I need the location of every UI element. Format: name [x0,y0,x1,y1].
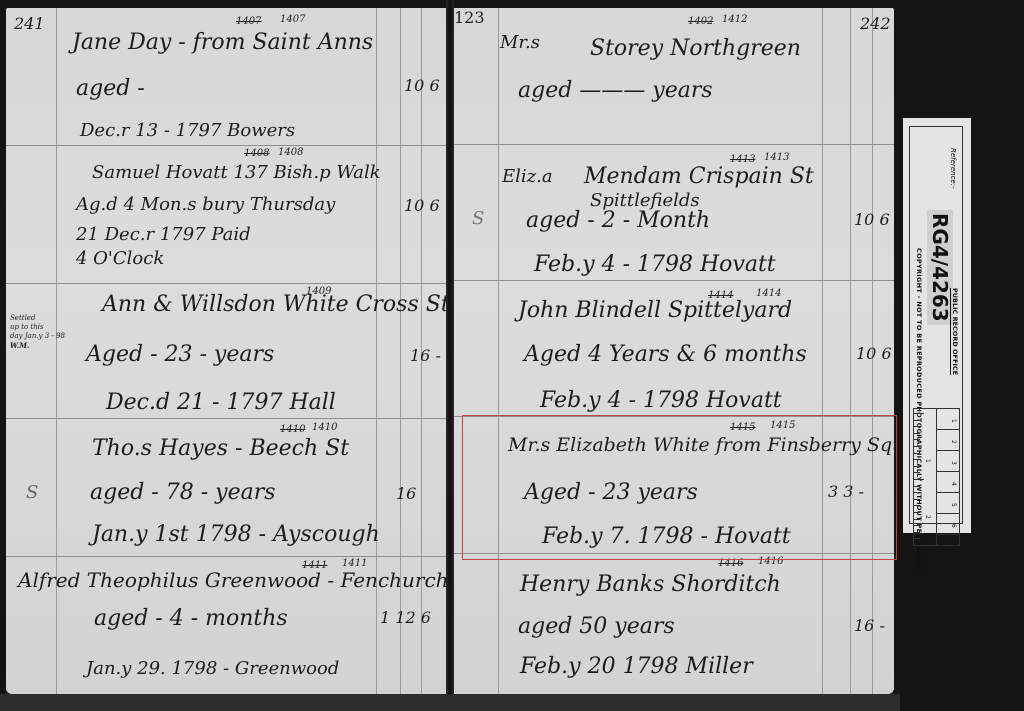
entry-divider [454,416,894,417]
entry-name: Storey Northgreen [590,36,801,61]
entry-title: Eliz.a [502,166,553,187]
reference-number: RG4/4263 [927,210,953,325]
entry-date: Feb.y 4 - 1798 Hovatt [534,252,776,277]
entry-name: Henry Banks Shorditch [520,572,781,597]
entry-number: 1410 [312,422,337,433]
entry-date: Jan.y 29. 1798 - Greenwood [86,658,339,679]
book-gutter [446,0,454,711]
entry-age: aged - 4 - months [94,606,288,631]
entry-note: 4 O'Clock [76,248,164,269]
entry-fee: 16 - [410,346,441,365]
entry-fee: 16 [396,484,416,503]
entry-divider [454,280,894,281]
reference-label: Reference:- [949,148,957,189]
entry-name: Samuel Hovatt 137 Bish.p Walk [92,162,381,183]
entry-date: Dec.d 21 - 1797 Hall [106,390,336,415]
entry-date: Feb.y 7. 1798 - Hovatt [542,524,791,549]
entry-divider [6,556,446,557]
entry-fee: 16 - [854,616,885,635]
entry-number: 1408 [278,147,303,158]
entry-fee: 10 6 [854,210,890,229]
entry-divider [6,418,446,419]
margin-note: Settled up to this day Jan.y 3 - 98 W.M. [10,314,65,350]
entry-divider [454,553,894,554]
right-page: 242 123 1402 1412 Mr.s Storey Northgreen… [454,8,894,694]
entry-name: Mendam Crispain St [584,164,814,189]
entry-age: Ag.d 4 Mon.s bury Thursday [76,194,335,215]
entry-name: Jane Day - from Saint Anns [72,30,373,55]
entry-fee: 1 12 6 [380,608,431,627]
margin-rule [498,8,499,694]
entry-number: 1407 [280,14,305,25]
entry-age: aged ——— years [518,78,713,103]
left-page: 241 1407 1407 Jane Day - from Saint Anns… [6,8,446,694]
folio-number: 241 [14,14,45,33]
entry-number-struck: 1408 [244,148,269,159]
entry-fee: 10 6 [404,196,440,215]
entry-date: Feb.y 20 1798 Miller [520,654,753,679]
column-rule [822,8,823,694]
book-edge-shadow [0,694,900,711]
margin-note: S [472,208,484,229]
entry-age: aged - [76,76,145,101]
entry-name: Mr.s Elizabeth White from Finsberry Squa… [508,434,894,456]
entry-age: aged - 2 - Month [526,208,710,233]
entry-name: John Blindell Spittelyard [518,298,792,323]
entry-age: aged - 78 - years [90,480,276,505]
entry-age: Aged 4 Years & 6 months [524,342,807,367]
entry-number-struck: 1402 [688,16,713,27]
record-office-label: PUBLIC RECORD OFFICE [951,288,959,375]
reference-slip: Reference:- RG4/4263 COPYRIGHT - NOT TO … [903,118,971,533]
entry-date: Feb.y 4 - 1798 Hovatt [540,388,782,413]
entry-date: 21 Dec.r 1797 Paid [76,224,251,245]
entry-fee: 3 3 - [828,482,864,501]
entry-number-struck: 1415 [730,422,755,433]
stamp-number: 123 [454,8,485,27]
margin-note: S [26,482,38,503]
entry-name: Alfred Theophilus Greenwood - Fenchurch … [18,568,446,592]
entry-number-struck: 1416 [718,558,743,569]
entry-age: Aged - 23 - years [86,342,274,367]
folio-number: 242 [860,14,891,33]
measurement-scale: 12123456 [913,408,960,546]
entry-number: 1412 [722,14,747,25]
entry-number-struck: 1407 [236,16,261,27]
entry-age: Aged - 23 years [524,480,698,505]
entry-date: Jan.y 1st 1798 - Ayscough [92,522,380,547]
entry-number-struck: 1410 [280,424,305,435]
entry-number: 1416 [758,556,783,567]
entry-date: Dec.r 13 - 1797 Bowers [80,120,295,141]
entry-divider [6,283,446,284]
entry-age: aged 50 years [518,614,675,639]
entry-divider [454,144,894,145]
entry-fee: 10 6 [404,76,440,95]
column-rule [850,8,851,694]
entry-fee: 10 6 [856,344,892,363]
entry-divider [6,145,446,146]
entry-title: Mr.s [500,32,540,53]
entry-name: Tho.s Hayes - Beech St [92,436,349,461]
entry-name: Ann & Willsdon White Cross St [102,292,446,317]
entry-number: 1413 [764,152,789,163]
entry-number: 1415 [770,420,795,431]
